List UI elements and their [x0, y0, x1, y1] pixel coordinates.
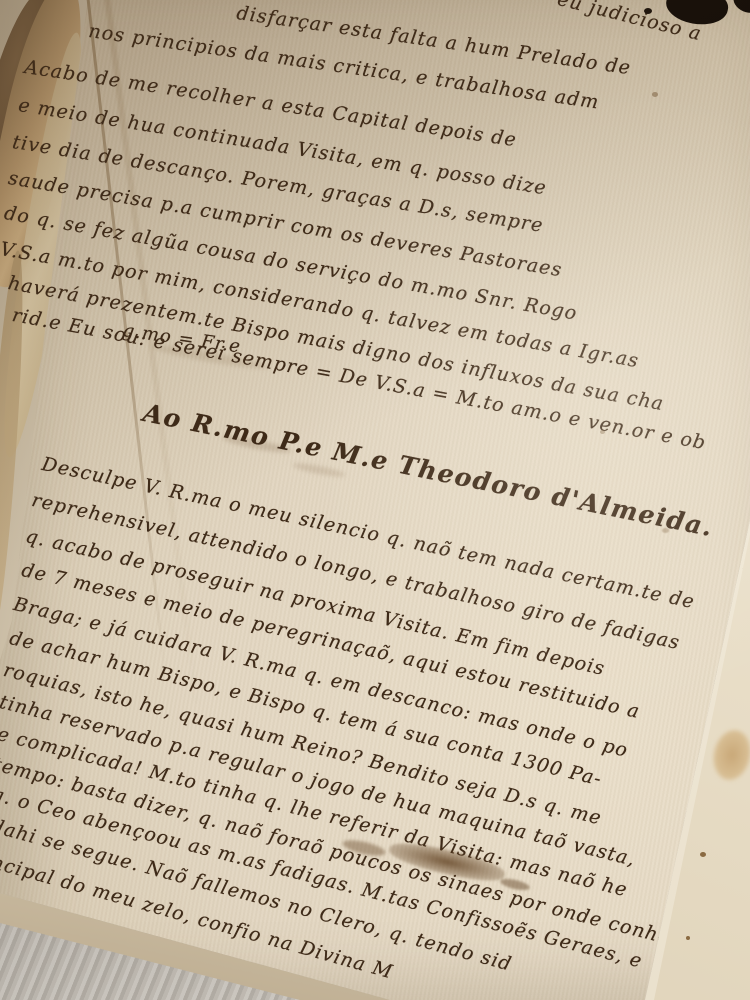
stain-spot — [709, 727, 750, 783]
foxing-spot — [652, 92, 658, 97]
foxing-spot — [600, 430, 605, 434]
foxing-spot — [662, 528, 669, 533]
stain-spot — [686, 936, 690, 940]
stain-spot — [700, 852, 706, 857]
photo-scene: eu judicioso a disfarçar esta falta a hu… — [0, 0, 750, 1000]
ink-blot — [644, 8, 652, 14]
